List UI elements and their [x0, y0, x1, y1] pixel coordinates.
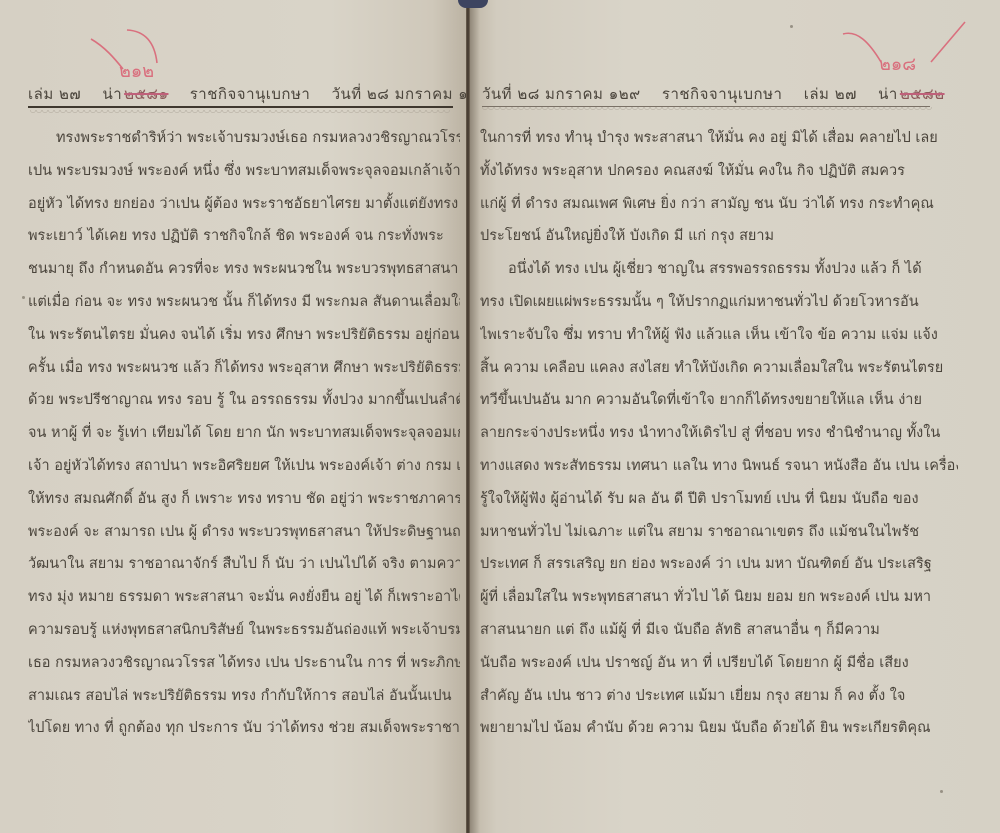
left-page-body: ทรงพระราชดำริห์ว่า พระเจ้าบรมวงษ์เธอ กรม…: [28, 122, 460, 745]
text-line: แต่เมื่อ ก่อน จะ ทรง พระผนวช นั้น ก็ได้ท…: [28, 286, 460, 319]
right-page-body: ในการที่ ทรง ทำนุ บำรุง พระสาสนา ให้มั่น…: [480, 122, 958, 745]
header-rule: [28, 106, 453, 108]
paper-speck: [940, 790, 943, 793]
text-line: ความรอบรู้ แห่งพุทธสาสนิกบริสัษย์ ในพระธ…: [28, 614, 460, 647]
text-line: สามเณร สอบไล่ พระปริยัติธรรม ทรง กำกับให…: [28, 680, 460, 713]
text-line: ทั้งได้ทรง พระอุสาห ปกครอง คณสงฆ์ ให้มั่…: [480, 155, 958, 188]
text-line: จน หาผู้ ที่ จะ รู้เท่า เทียมได้ โดย ยาก…: [28, 417, 460, 450]
text-line: พระองค์ จะ สามารถ เปน ผู้ ดำรง พระบวรพุท…: [28, 516, 460, 549]
book-spread: ๒๑๒ เล่ม ๒๗ น่า๒๕๘๑ ราชกิจจานุเบกษา วันท…: [0, 0, 1000, 833]
text-line: ชนมายุ ถึง กำหนดอัน ควรที่จะ ทรง พระผนวช…: [28, 253, 460, 286]
book-spine: [466, 0, 470, 833]
gazette-title: ราชกิจจานุเบกษา: [190, 85, 311, 103]
handwritten-page-number-left: ๒๑๒: [85, 25, 180, 80]
text-line: สำคัญ อัน เปน ชาว ต่าง ประเทศ แม้มา เยี่…: [480, 680, 958, 713]
spine-shadow: [470, 0, 480, 833]
text-line: ไพเราะจับใจ ซึ่ม ทราบ ทำให้ผู้ ฟัง แล้วแ…: [480, 319, 958, 352]
volume-label: เล่ม ๒๗: [28, 85, 81, 103]
text-line: ประโยชน์ อันใหญ่ยิ่งให้ บังเกิด มี แก่ ก…: [480, 220, 958, 253]
text-line: นับถือ พระองค์ เปน ปราชญ์ อัน หา ที่ เปร…: [480, 647, 958, 680]
text-line: อยู่หัว ได้ทรง ยกย่อง ว่าเปน ผู้ต้อง พระ…: [28, 188, 460, 221]
text-line: ลายกระจ่างประหนึ่ง ทรง นำทางให้เดิรไป สู…: [480, 417, 958, 450]
text-line: ทรง มุ่ง หมาย ธรรมดา พระสาสนา จะมั่น คงย…: [28, 581, 460, 614]
text-line: ทรง เปิดเผยแผ่พระธรรมนั้น ๆ ให้ปรากฏแก่ม…: [480, 286, 958, 319]
text-line: เปน พระบรมวงษ์ พระองค์ หนึ่ง ซึ่ง พระบาท…: [28, 155, 460, 188]
text-line: สาสนนายก แต่ ถึง แม้ผู้ ที่ มีเจ นับถือ …: [480, 614, 958, 647]
text-line: พระเยาว์ ได้เคย ทรง ปฏิบัติ ราชกิจใกล้ ช…: [28, 220, 460, 253]
running-head-right: วันที่ ๒๘ มกราคม ๑๒๙ ราชกิจจานุเบกษา เล่…: [482, 82, 972, 106]
text-line: ด้วย พระปรีชาญาณ ทรง รอบ รู้ ใน อรรถธรรม…: [28, 384, 460, 417]
text-line: พยายามไป น้อม คำนับ ด้วย ความ นิยม นับถื…: [480, 712, 958, 745]
running-head-left: เล่ม ๒๗ น่า๒๕๘๑ ราชกิจจานุเบกษา วันที่ ๒…: [28, 82, 458, 106]
page-label: น่า: [102, 85, 122, 103]
page-number-struck: ๒๕๘๒: [900, 85, 945, 103]
page-number-struck: ๒๕๘๑: [124, 85, 168, 103]
header-ornament: [30, 110, 450, 116]
text-line: วัฒนาใน สยาม ราชอาณาจักร์ สืบไป ก็ นับ ว…: [28, 548, 460, 581]
text-line: อนึ่งได้ ทรง เปน ผู้เชี่ยว ชาญใน สรรพอรร…: [480, 253, 958, 286]
svg-text:๒๑๒: ๒๑๒: [119, 61, 154, 80]
text-line: มหาชนทั่วไป ไม่เฉภาะ แต่ใน สยาม ราชอาณาเ…: [480, 516, 958, 549]
paper-speck: [790, 25, 793, 28]
paper-speck: [22, 296, 25, 299]
text-line: รู้ใจให้ผู้ฟัง ผู้อ่านได้ รับ ผล อัน ดี …: [480, 483, 958, 516]
text-line: ไปโดย ทาง ที่ ถูกต้อง ทุก ประการ นับ ว่า…: [28, 712, 460, 745]
text-line: สิ้น ความ เคลือบ แคลง สงไสย ทำให้บังเกิด…: [480, 352, 958, 385]
header-ornament: [482, 107, 932, 113]
handwritten-page-number-right: ๒๑๘: [835, 20, 970, 75]
text-line: ให้ทรง สมณศักดิ์ อัน สูง ก็ เพราะ ทรง ทร…: [28, 483, 460, 516]
text-line: เธอ กรมหลวงวชิรญาณวโรรส ได้ทรง เปน ประธา…: [28, 647, 460, 680]
left-page: ๒๑๒ เล่ม ๒๗ น่า๒๕๘๑ ราชกิจจานุเบกษา วันท…: [0, 0, 470, 833]
svg-text:๒๑๘: ๒๑๘: [879, 54, 916, 75]
text-line: ใน พระรัตนไตรย มั่นคง จนได้ เริ่ม ทรง ศึ…: [28, 319, 460, 352]
background-corner: [458, 0, 488, 8]
text-line: ทรงพระราชดำริห์ว่า พระเจ้าบรมวงษ์เธอ กรม…: [28, 122, 460, 155]
volume-label: เล่ม ๒๗: [804, 85, 857, 103]
page-label: น่า: [878, 85, 898, 103]
issue-date: วันที่ ๒๘ มกราคม ๑๒๙: [482, 85, 641, 103]
text-line: ทวีขึ้นเปนอัน มาก ความอันใดที่เข้าใจ ยาก…: [480, 384, 958, 417]
text-line: ในการที่ ทรง ทำนุ บำรุง พระสาสนา ให้มั่น…: [480, 122, 958, 155]
right-page: ๒๑๘ วันที่ ๒๘ มกราคม ๑๒๙ ราชกิจจานุเบกษา…: [470, 0, 1000, 833]
text-line: เจ้า อยู่หัวได้ทรง สถาปนา พระอิศริยยศ ให…: [28, 450, 460, 483]
text-line: ทางแสดง พระสัทธรรม เทศนา แลใน ทาง นิพนธ์…: [480, 450, 958, 483]
gazette-title: ราชกิจจานุเบกษา: [662, 85, 783, 103]
text-line: ครั้น เมื่อ ทรง พระผนวช แล้ว ก็ได้ทรง พร…: [28, 352, 460, 385]
text-line: ผู้ที่ เลื่อมใสใน พระพุทธสาสนา ทั่วไป ได…: [480, 581, 958, 614]
text-line: ประเทศ ก็ สรรเสริญ ยก ย่อง พระองค์ ว่า เ…: [480, 548, 958, 581]
text-line: แก่ผู้ ที่ ดำรง สมณเพศ พิเศษ ยิ่ง กว่า ส…: [480, 188, 958, 221]
